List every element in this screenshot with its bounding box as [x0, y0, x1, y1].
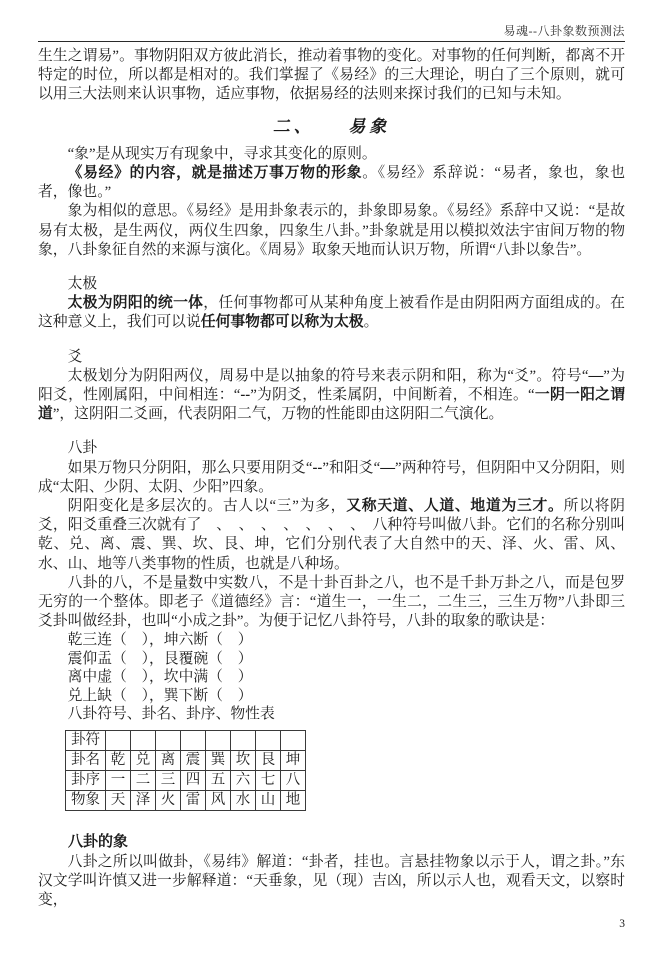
table-cell: 泽 — [131, 791, 156, 811]
text-run: 生生之谓易”。事物阴阳双方彼此消长，推动着事物的变化。对事物的任何判断，都离不开… — [38, 48, 625, 102]
table-cell: 卦序 — [66, 771, 106, 791]
table-row: 卦名乾兑离震巽坎艮坤 — [66, 751, 306, 771]
bold-text-run: 又称天道、人道、地道为三才。 — [346, 498, 563, 514]
verse-line: 乾三连（ ），坤六断（ ） — [68, 631, 625, 650]
section-title: 二、 易象 — [38, 117, 625, 136]
text-run: 象为相似的意思。《易经》是用卦象表示的，卦象即易象。《易经》系辞中又说：“是故易… — [38, 203, 625, 257]
table-cell: 乾 — [106, 751, 131, 771]
table-cell: 卦符 — [66, 731, 106, 751]
bold-text-run: — — [588, 368, 603, 384]
table-cell: 卦名 — [66, 751, 106, 771]
page-header: 易魂--八卦象数预测法 — [38, 0, 625, 42]
table-cell: 四 — [181, 771, 206, 791]
table-cell: 风 — [206, 791, 231, 811]
table-cell: 水 — [231, 791, 256, 811]
paragraph-yao: 太极划分为阴阳两仪，周易中是以抽象的符号来表示阴和阳，称为“爻”。符号“—”为阳… — [38, 367, 625, 425]
trigram-mnemonic-verse: 乾三连（ ），坤六断（ ） 震仰盂（ ），艮覆碗（ ） 离中虚（ ），坎中满（ … — [38, 631, 625, 705]
table-cell: 物象 — [66, 791, 106, 811]
table-caption: 八卦符号、卦名、卦序、物性表 — [68, 705, 625, 724]
table-cell — [281, 731, 306, 751]
table-cell: 兑 — [131, 751, 156, 771]
verse-line: 兑上缺（ ），巽下断（ ） — [68, 687, 625, 706]
table-cell: 天 — [106, 791, 131, 811]
table-cell: 地 — [281, 791, 306, 811]
verse-line: 震仰盂（ ），艮覆碗（ ） — [68, 650, 625, 669]
paragraph-yijing-content: 《易经》的内容，就是描述万事万物的形象。《易经》系辞说：“易者，象也，象也者，像… — [38, 164, 625, 202]
page-body: 生生之谓易”。事物阴阳双方彼此消长，推动着事物的变化。对事物的任何判断，都离不开… — [38, 47, 625, 910]
subheading-yao: 爻 — [38, 348, 625, 367]
table-cell: 七 — [256, 771, 281, 791]
table-cell: 六 — [231, 771, 256, 791]
text-run: 八卦的八，不是量数中实数八，不是十卦百卦之八，也不是千卦万卦之八，而是包罗无穷的… — [38, 575, 625, 629]
text-run: 阴阳变化是多层次的。古人以“三”为多， — [68, 498, 347, 514]
subheading-taiji: 太极 — [38, 275, 625, 294]
table-cell: 八 — [281, 771, 306, 791]
text-run: 。 — [364, 314, 379, 330]
text-run: 如果万物只分阴阳，那么只要用阴爻“ — [68, 460, 313, 476]
table-cell: 山 — [256, 791, 281, 811]
bold-text-run: 《易经》的内容，就是描述万事万物的形象 — [68, 165, 363, 181]
subheading-bagua-xiang: 八卦的象 — [38, 833, 625, 852]
paragraph-xiang-similar: 象为相似的意思。《易经》是用卦象表示的，卦象即易象。《易经》系辞中又说：“是故易… — [38, 202, 625, 260]
table-cell — [106, 731, 131, 751]
bold-text-run: 太极为阴阳的统一体 — [68, 295, 204, 311]
table-cell: 震 — [181, 751, 206, 771]
text-run: “象”是从现实万有现象中，寻求其变化的原则。 — [68, 146, 377, 162]
bold-text-run: -- — [312, 460, 322, 476]
page-number: 3 — [619, 918, 625, 930]
paragraph-intro: 生生之谓易”。事物阴阳双方彼此消长，推动着事物的变化。对事物的任何判断，都离不开… — [38, 47, 625, 105]
table-cell: 雷 — [181, 791, 206, 811]
table-cell — [181, 731, 206, 751]
table-row: 卦序一二三四五六七八 — [66, 771, 306, 791]
table-row: 物象天泽火雷风水山地 — [66, 791, 306, 811]
paragraph-taiji: 太极为阴阳的统一体，任何事物都可从某种角度上被看作是由阴阳两方面组成的。在这种意… — [38, 294, 625, 332]
table-cell: 三 — [156, 771, 181, 791]
table-cell: 坤 — [281, 751, 306, 771]
table-cell — [256, 731, 281, 751]
table-cell: 火 — [156, 791, 181, 811]
bold-text-run: 任何事物都可以称为太极 — [201, 314, 364, 330]
table-cell — [206, 731, 231, 751]
paragraph-bagua-3: 八卦的八，不是量数中实数八，不是十卦百卦之八，也不是千卦万卦之八，而是包罗无穷的… — [38, 574, 625, 632]
text-run: ”和阳爻“ — [322, 460, 380, 476]
text-run: ”，这阴阳二爻画，代表阴阳二气，万物的性能即由这阴阳二气演化。 — [53, 406, 503, 422]
table-cell — [156, 731, 181, 751]
table-cell: 五 — [206, 771, 231, 791]
bold-text-run: -- — [240, 387, 250, 403]
document-page: 易魂--八卦象数预测法 生生之谓易”。事物阴阳双方彼此消长，推动着事物的变化。对… — [0, 0, 662, 962]
table-cell: 艮 — [256, 751, 281, 771]
trigram-table: 卦符卦名乾兑离震巽坎艮坤卦序一二三四五六七八物象天泽火雷风水山地 — [65, 730, 306, 811]
text-run: ”为阴爻，性柔属阴，中间断着，不相连。“ — [250, 387, 534, 403]
paragraph-bagua-xiang: 八卦之所以叫做卦，《易纬》解道：“卦者，挂也。言悬挂物象以示于人，谓之卦。”东汉… — [38, 853, 625, 911]
table-row: 卦符 — [66, 731, 306, 751]
subheading-bagua: 八卦 — [38, 439, 625, 458]
table-cell — [131, 731, 156, 751]
bold-text-run: — — [380, 460, 395, 476]
verse-line: 离中虚（ ），坎中满（ ） — [68, 668, 625, 687]
table-cell — [231, 731, 256, 751]
text-run: 太极划分为阴阳两仪，周易中是以抽象的符号来表示阴和阳，称为“爻”。符号“ — [68, 368, 589, 384]
paragraph-bagua-2: 阴阳变化是多层次的。古人以“三”为多，又称天道、人道、地道为三才。所以将阴爻，阳… — [38, 497, 625, 574]
table-cell: 离 — [156, 751, 181, 771]
paragraph-xiang-intro: “象”是从现实万有现象中，寻求其变化的原则。 — [38, 145, 625, 164]
table-cell: 二 — [131, 771, 156, 791]
table-cell: 巽 — [206, 751, 231, 771]
table-cell: 坎 — [231, 751, 256, 771]
paragraph-bagua-1: 如果万物只分阴阳，那么只要用阴爻“--”和阳爻“—”两种符号，但阴阳中又分阴阳，… — [38, 459, 625, 497]
table-cell: 一 — [106, 771, 131, 791]
header-title: 易魂--八卦象数预测法 — [504, 24, 626, 38]
text-run: 八卦之所以叫做卦，《易纬》解道：“卦者，挂也。言悬挂物象以示于人，谓之卦。”东汉… — [38, 854, 625, 908]
trigram-table-body: 卦符卦名乾兑离震巽坎艮坤卦序一二三四五六七八物象天泽火雷风水山地 — [66, 731, 306, 811]
